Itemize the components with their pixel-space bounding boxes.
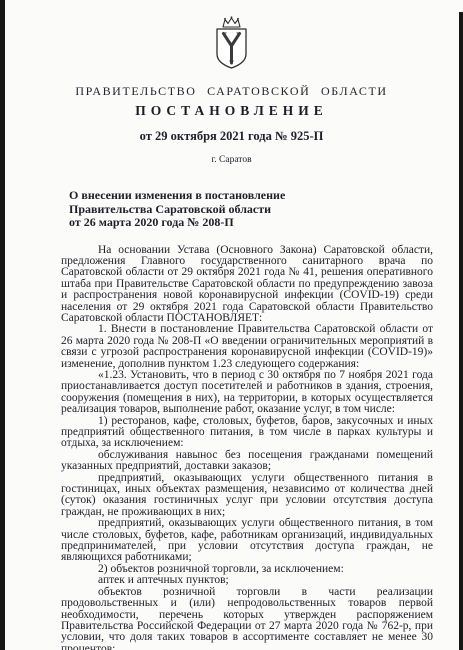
document-page: ПРАВИТЕЛЬСТВО САРАТОВСКОЙ ОБЛАСТИ ПОСТАН…: [0, 0, 463, 650]
title-line: О внесении изменения в постановление: [69, 189, 433, 203]
date-number-line: от 29 октября 2021 года № 925-П: [0, 129, 463, 144]
body-paragraph: обслуживания навынос без посещения гражд…: [61, 450, 433, 473]
body-paragraph: предприятий, оказывающих услуги обществе…: [61, 518, 433, 564]
document-title: О внесении изменения в постановление Пра…: [69, 189, 433, 230]
body-paragraph: 1) ресторанов, кафе, столовых, буфетов, …: [61, 416, 433, 450]
scan-edge-left: [0, 0, 5, 650]
title-line: от 26 марта 2020 года № 208-П: [69, 216, 433, 230]
body-paragraph: 1. Внести в постановление Правительства …: [61, 324, 433, 370]
document-body: На основании Устава (Основного Закона) С…: [61, 245, 433, 650]
saratov-coat-of-arms-icon: [213, 16, 250, 70]
body-paragraph: объектов розничной торговли в части реал…: [61, 587, 433, 650]
document-type: ПОСТАНОВЛЕНИЕ: [0, 103, 463, 119]
body-paragraph: аптек и аптечных пунктов;: [61, 575, 433, 586]
title-line: Правительства Саратовской области: [69, 203, 433, 217]
body-paragraph: предприятий, оказывающих услуги обществе…: [61, 473, 433, 519]
scan-edge-right: [459, 12, 463, 650]
document-header: ПРАВИТЕЛЬСТВО САРАТОВСКОЙ ОБЛАСТИ ПОСТАН…: [0, 0, 463, 165]
org-name: ПРАВИТЕЛЬСТВО САРАТОВСКОЙ ОБЛАСТИ: [0, 84, 463, 99]
body-paragraph: «1.23. Установить, что в период с 30 окт…: [61, 370, 433, 416]
body-paragraph: На основании Устава (Основного Закона) С…: [61, 245, 433, 325]
city-line: г. Саратов: [0, 155, 463, 165]
